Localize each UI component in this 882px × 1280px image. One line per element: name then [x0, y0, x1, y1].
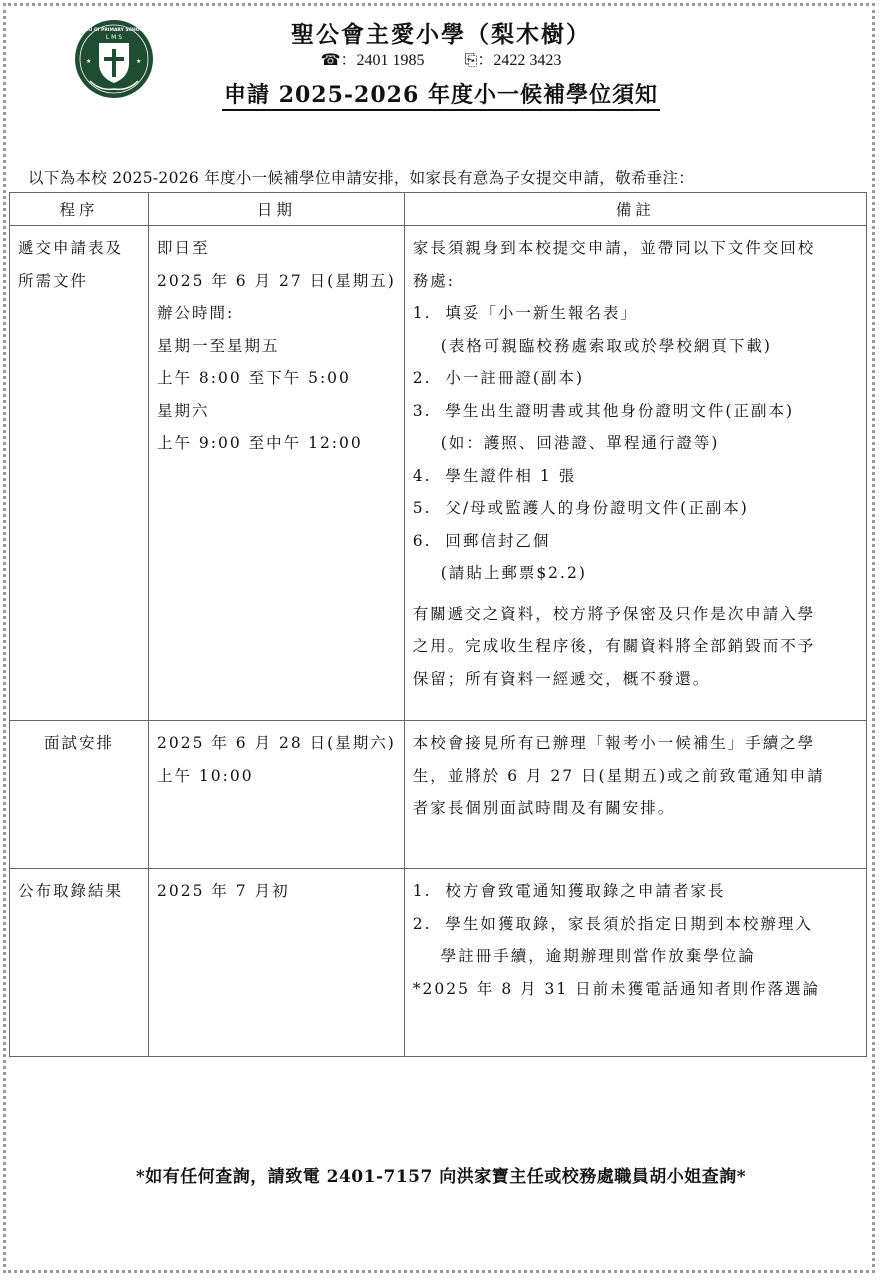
fax-icon: ⎘ — [465, 52, 478, 69]
date-cell: 2025 年 7 月初 — [149, 869, 405, 1057]
header-date: 日期 — [149, 193, 405, 226]
step-cell: 遞交申請表及 所需文件 — [10, 226, 149, 721]
result-note: *2025 年 8 月 31 日前未獲電話通知者則作落選論 — [413, 973, 858, 1006]
date-cell: 2025 年 6 月 28 日(星期六) 上午 10:00 — [149, 721, 405, 869]
header-remarks: 備註 — [404, 193, 866, 226]
list-item: 4. 學生證件相 1 張 — [413, 460, 858, 493]
list-item: 3. 學生出生證明書或其他身份證明文件(正副本) — [413, 395, 858, 428]
remarks-cell: 家長須親身到本校提交申請，並帶同以下文件交回校 務處: 1. 填妥「小一新生報名… — [404, 226, 866, 721]
phone-number: ：2401 1985 — [341, 52, 425, 69]
telephone-icon: ☎ — [321, 52, 341, 69]
fax-number: ：2422 3423 — [477, 52, 561, 69]
school-name: 聖公會主愛小學（梨木樹） — [0, 16, 882, 49]
list-item: 1. 校方會致電通知獲取錄之申請者家長 — [413, 875, 858, 908]
header-step: 程序 — [10, 193, 149, 226]
list-item: 6. 回郵信封乙個 — [413, 525, 858, 558]
table-header-row: 程序 日期 備註 — [10, 193, 867, 226]
step-cell: 公布取錄結果 — [10, 869, 149, 1057]
contact-line: ☎：2401 1985⎘：2422 3423 — [0, 47, 882, 70]
date-cell: 即日至 2025 年 6 月 27 日(星期五) 辦公時間: 星期一至星期五 上… — [149, 226, 405, 721]
list-item: 5. 父/母或監護人的身份證明文件(正副本) — [413, 492, 858, 525]
table-row: 公布取錄結果 2025 年 7 月初 1. 校方會致電通知獲取錄之申請者家長 2… — [10, 869, 867, 1057]
intro-text: 以下為本校 2025-2026 年度小一候補學位申請安排，如家長有意為子女提交申… — [28, 166, 694, 188]
schedule-table: 程序 日期 備註 遞交申請表及 所需文件 即日至 2025 年 6 月 27 日… — [9, 192, 867, 1057]
list-item: 1. 填妥「小一新生報名表」 — [413, 297, 858, 330]
list-item: 2. 學生如獲取錄，家長須於指定日期到本校辦理入 — [413, 908, 858, 941]
table-row: 遞交申請表及 所需文件 即日至 2025 年 6 月 27 日(星期五) 辦公時… — [10, 226, 867, 721]
remarks-cell: 1. 校方會致電通知獲取錄之申請者家長 2. 學生如獲取錄，家長須於指定日期到本… — [404, 869, 866, 1057]
list-item: 2. 小一註冊證(副本) — [413, 362, 858, 395]
step-cell: 面試安排 — [10, 721, 149, 869]
privacy-note: 有關遞交之資料，校方將予保密及只作是次申請入學 — [413, 598, 858, 631]
document-title: 申請 2025-2026 年度小一候補學位須知 — [0, 78, 882, 109]
table-row: 面試安排 2025 年 6 月 28 日(星期六) 上午 10:00 本校會接見… — [10, 721, 867, 869]
enquiry-note: *如有任何查詢，請致電 2401-7157 向洪家寶主任或校務處職員胡小姐查詢* — [0, 1162, 882, 1187]
remarks-cell: 本校會接見所有已辦理「報考小一候補生」手續之學 生，並將於 6 月 27 日(星… — [404, 721, 866, 869]
